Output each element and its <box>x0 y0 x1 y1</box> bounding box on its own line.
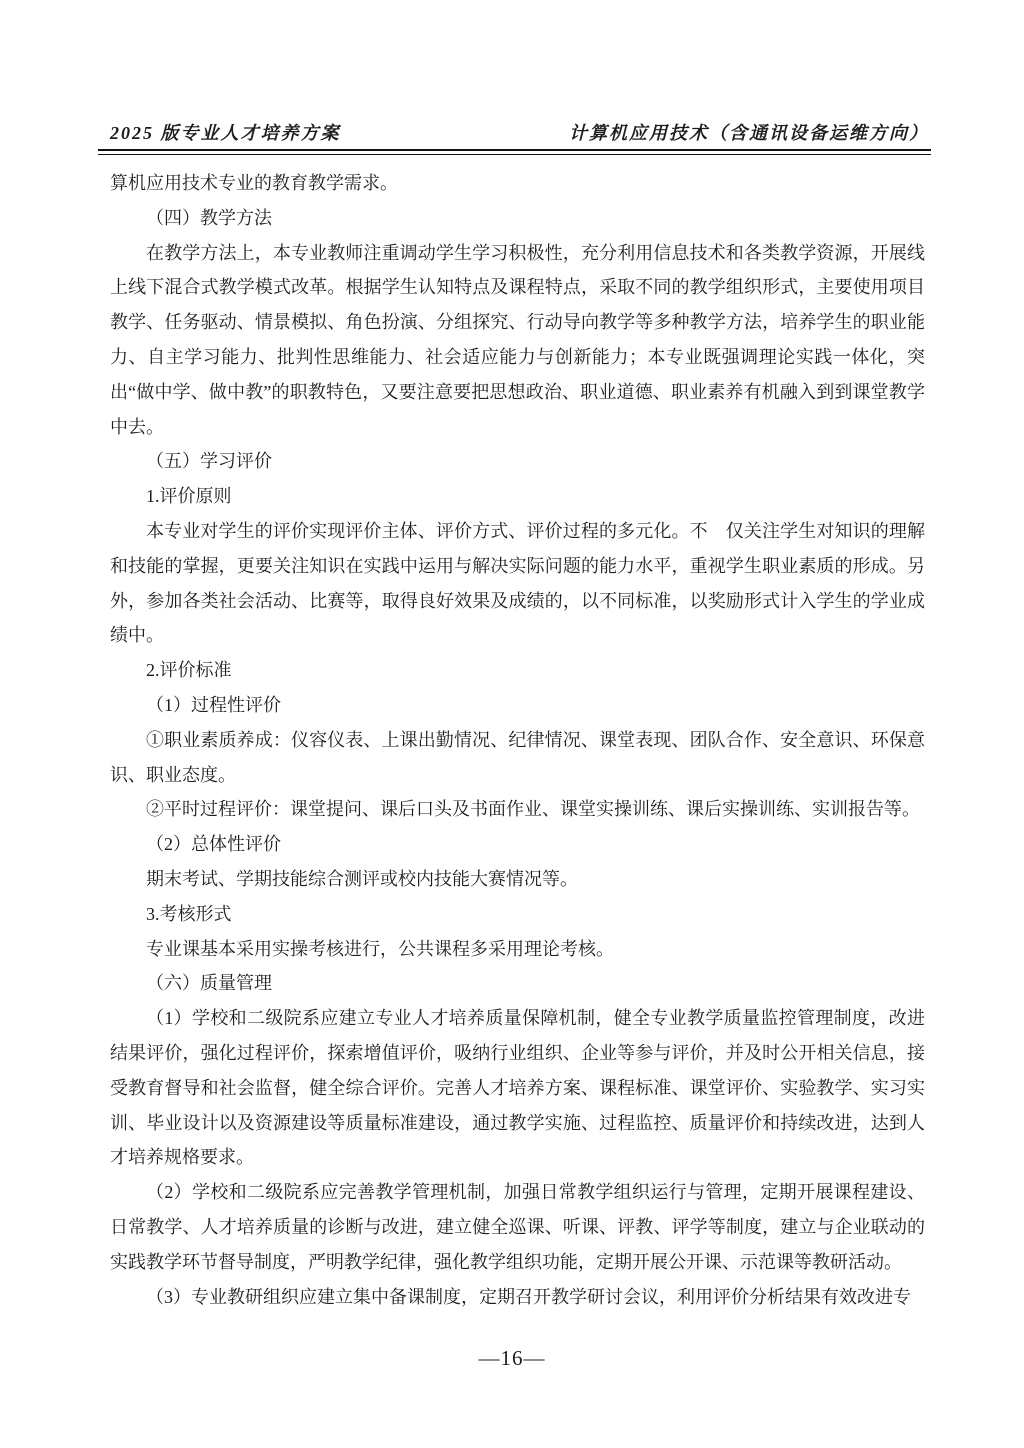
header-rule-divider <box>98 149 931 155</box>
paragraph-evaluation-principles: 本专业对学生的评价实现评价主体、评价方式、评价过程的多元化。不 仅关注学生对知识… <box>110 514 925 653</box>
paragraph-professional-quality: ①职业素质养成：仪容仪表、上课出勤情况、纪律情况、课堂表现、团队合作、安全意识、… <box>110 723 925 793</box>
header-right-title: 计算机应用技术（含通讯设备运维方向） <box>569 119 929 145</box>
header-left-title: 2025 版专业人才培养方案 <box>110 119 341 145</box>
page-footer: —16— <box>0 1346 1024 1371</box>
page-header: 2025 版专业人才培养方案 计算机应用技术（含通讯设备运维方向） <box>110 119 929 145</box>
heading-learning-evaluation: （五）学习评价 <box>110 444 925 479</box>
heading-quality-management: （六）质量管理 <box>110 966 925 1001</box>
heading-evaluation-principles: 1.评价原则 <box>110 479 925 514</box>
document-body: 算机应用技术专业的教育教学需求。（四）教学方法在教学方法上，本专业教师注重调动学… <box>110 166 925 1314</box>
heading-assessment-form: 3.考核形式 <box>110 897 925 932</box>
paragraph-daily-process-evaluation: ②平时过程评价：课堂提问、课后口头及书面作业、课堂实操训练、课后实操训练、实训报… <box>110 792 925 827</box>
paragraph-quality-management-2: （2）学校和二级院系应完善教学管理机制，加强日常教学组织运行与管理，定期开展课程… <box>110 1175 925 1279</box>
paragraph-continuation: 算机应用技术专业的教育教学需求。 <box>110 166 925 201</box>
heading-evaluation-standards: 2.评价标准 <box>110 653 925 688</box>
paragraph-quality-management-3: （3）专业教研组织应建立集中备课制度，定期召开教学研讨会议，利用评价分析结果有效… <box>110 1280 925 1315</box>
page-number: —16— <box>479 1346 546 1370</box>
heading-overall-evaluation: （2）总体性评价 <box>110 827 925 862</box>
paragraph-teaching-methods: 在教学方法上，本专业教师注重调动学生学习积极性，充分利用信息技术和各类教学资源，… <box>110 236 925 445</box>
paragraph-overall-evaluation: 期末考试、学期技能综合测评或校内技能大赛情况等。 <box>110 862 925 897</box>
heading-process-evaluation: （1）过程性评价 <box>110 688 925 723</box>
paragraph-quality-management-1: （1）学校和二级院系应建立专业人才培养质量保障机制，健全专业教学质量监控管理制度… <box>110 1001 925 1175</box>
heading-teaching-methods: （四）教学方法 <box>110 201 925 236</box>
document-page: 2025 版专业人才培养方案 计算机应用技术（含通讯设备运维方向） 算机应用技术… <box>0 0 1024 1448</box>
paragraph-assessment-form: 专业课基本采用实操考核进行，公共课程多采用理论考核。 <box>110 932 925 967</box>
